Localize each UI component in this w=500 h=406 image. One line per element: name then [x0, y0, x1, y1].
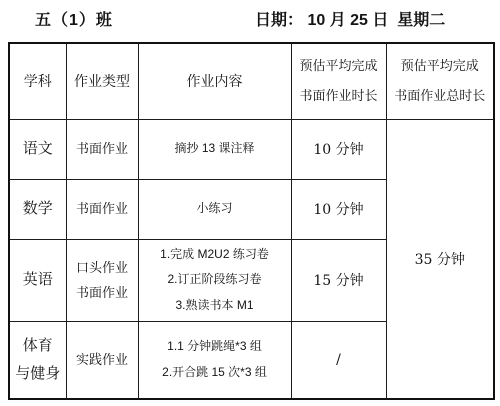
header-content: 作业内容: [138, 43, 291, 119]
cell-estimated-time: 10 分钟: [291, 119, 386, 179]
cell-estimated-time: /: [291, 321, 386, 399]
header-time: 预估平均完成 书面作业时长: [291, 43, 386, 119]
cell-homework-type: 口头作业 书面作业: [66, 239, 138, 321]
header-type: 作业类型: [66, 43, 138, 119]
cell-homework-content: 1.1 分钟跳绳*3 组 2.开合跳 15 次*3 组: [138, 321, 291, 399]
cell-homework-type: 书面作业: [66, 179, 138, 239]
cell-subject: 体育 与健身: [9, 321, 66, 399]
cell-subject: 英语: [9, 239, 66, 321]
header-total-time: 预估平均完成 书面作业总时长: [386, 43, 494, 119]
homework-page: 五（1）班 日期： 10 月 25 日 星期二 学科 作业类型 作业内容 预估平…: [0, 0, 500, 406]
header-subject: 学科: [9, 43, 66, 119]
table-header-row: 学科 作业类型 作业内容 预估平均完成 书面作业时长 预估平均完成 书面作业总时…: [9, 43, 494, 119]
table-row-chinese: 语文 书面作业 摘抄 13 课注释 10 分钟 35 分钟: [9, 119, 494, 179]
cell-estimated-time: 10 分钟: [291, 179, 386, 239]
cell-total-time: 35 分钟: [386, 119, 494, 399]
cell-homework-content: 1.完成 M2U2 练习卷 2.订正阶段练习卷 3.熟读书本 M1: [138, 239, 291, 321]
cell-homework-type: 书面作业: [66, 119, 138, 179]
cell-subject: 语文: [9, 119, 66, 179]
class-name: 五（1）班: [35, 7, 113, 30]
cell-homework-type: 实践作业: [66, 321, 138, 399]
cell-homework-content: 小练习: [138, 179, 291, 239]
homework-table: 学科 作业类型 作业内容 预估平均完成 书面作业时长 预估平均完成 书面作业总时…: [8, 42, 495, 400]
cell-estimated-time: 15 分钟: [291, 239, 386, 321]
cell-subject: 数学: [9, 179, 66, 239]
cell-homework-content: 摘抄 13 课注释: [138, 119, 291, 179]
date-line: 日期： 10 月 25 日 星期二: [255, 7, 445, 30]
